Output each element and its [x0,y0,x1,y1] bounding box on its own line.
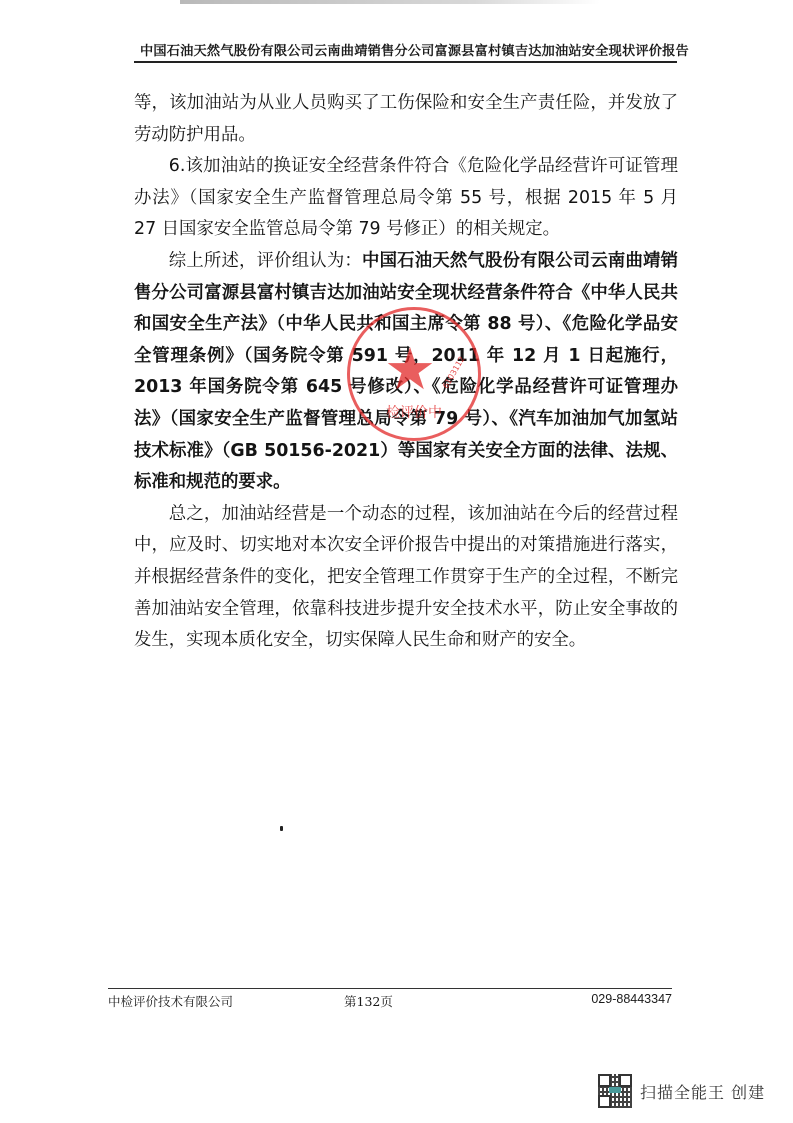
header-divider [134,61,677,63]
footer-company: 中检评价技术有限公司 [108,992,233,1010]
qr-code-icon [598,1074,632,1108]
paragraph-summary: 总之，加油站经营是一个动态的过程，该加油站在今后的经营过程中，应及时、切实地对本… [134,499,678,657]
paragraph-license-conditions: 6.该加油站的换证安全经营条件符合《危险化学品经营许可证管理办法》（国家安全生产… [134,151,678,246]
page-footer: 中检评价技术有限公司 第132页 029-88443347 [108,992,672,1012]
conclusion-text: 中国石油天然气股份有限公司云南曲靖销售分公司富源县富村镇吉达加油站安全现状经营条… [134,251,678,492]
document-body: 等，该加油站为从业人员购买了工伤保险和安全生产责任险，并发放了劳动防护用品。 6… [134,88,678,657]
conclusion-lead: 综上所述，评价组认为： [169,251,362,271]
footer-divider [108,988,672,989]
scanner-watermark: 扫描全能王 创建 [598,1073,765,1109]
paragraph-insurance: 等，该加油站为从业人员购买了工伤保险和安全生产责任险，并发放了劳动防护用品。 [134,88,678,151]
footer-page-number: 第132页 [344,992,393,1010]
paragraph-conclusion: 综上所述，评价组认为：中国石油天然气股份有限公司云南曲靖销售分公司富源县富村镇吉… [134,246,678,499]
footer-phone: 029-88443347 [591,992,672,1006]
scan-edge-shadow [180,0,600,4]
scan-speck [280,826,283,831]
report-header-title: 中国石油天然气股份有限公司云南曲靖销售分公司富源县富村镇吉达加油站安全现状评价报… [140,40,672,59]
watermark-label: 扫描全能王 创建 [640,1080,765,1103]
